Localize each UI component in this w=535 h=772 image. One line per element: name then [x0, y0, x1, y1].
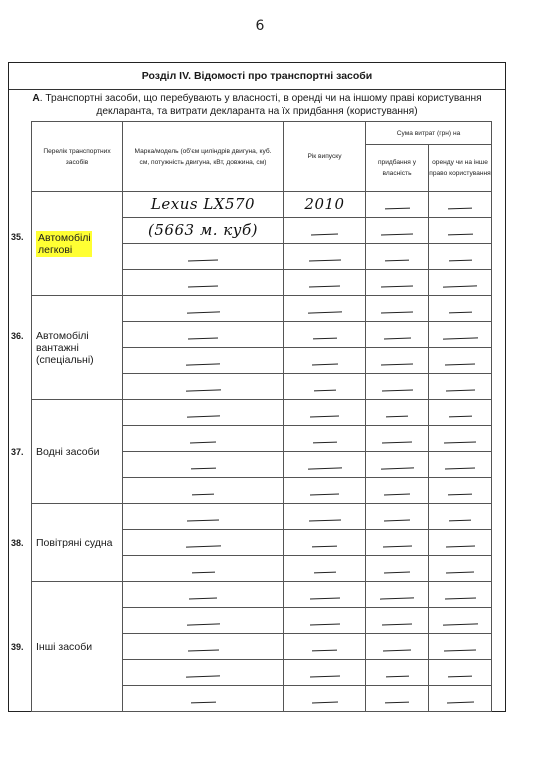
empty-dash	[186, 415, 219, 417]
empty-dash	[382, 441, 412, 443]
empty-dash	[381, 285, 413, 287]
category-label: Автомобілі вантажні (спеціальні)	[36, 330, 116, 366]
empty-dash	[443, 285, 477, 287]
empty-dash	[310, 415, 339, 417]
year-cell	[284, 218, 366, 244]
brand-cell	[123, 270, 284, 296]
empty-dash	[385, 259, 409, 261]
brand-cell	[123, 400, 284, 426]
brand-cell: Lexus LX570	[123, 192, 284, 218]
table-row: 38.Повітряні судна	[32, 504, 492, 530]
empty-dash	[188, 337, 218, 339]
empty-dash	[384, 571, 410, 573]
year-cell	[284, 504, 366, 530]
empty-dash	[446, 571, 474, 573]
empty-dash	[312, 649, 337, 651]
empty-dash	[448, 207, 472, 209]
header-purchase: придбання у власність	[366, 145, 429, 192]
empty-dash	[445, 389, 474, 391]
empty-dash	[189, 597, 217, 599]
rent-cell	[429, 270, 492, 296]
empty-dash	[308, 519, 340, 521]
header-list: Перелік транспортних засобів	[32, 122, 123, 192]
empty-dash	[186, 311, 219, 313]
header-year: Рік випуску	[284, 122, 366, 192]
brand-cell	[123, 296, 284, 322]
brand-cell	[123, 530, 284, 556]
table-row: 39.Інші засоби	[32, 582, 492, 608]
subsection-text: . Транспортні засоби, що перебувають у в…	[40, 93, 482, 117]
rent-cell	[429, 530, 492, 556]
year-cell	[284, 452, 366, 478]
brand-cell-value: Lexus LX570	[151, 195, 255, 213]
category-cell: 38.Повітряні судна	[32, 504, 123, 582]
empty-dash	[448, 259, 471, 261]
empty-dash	[186, 623, 219, 625]
purchase-cell	[366, 686, 429, 712]
empty-dash	[381, 233, 413, 235]
empty-dash	[185, 545, 220, 547]
empty-dash	[312, 441, 336, 443]
purchase-cell	[366, 348, 429, 374]
purchase-cell	[366, 660, 429, 686]
year-cell	[284, 374, 366, 400]
purchase-cell	[366, 270, 429, 296]
empty-dash	[384, 493, 410, 495]
category-cell: 36.Автомобілі вантажні (спеціальні)	[32, 296, 123, 400]
empty-dash	[380, 597, 414, 599]
year-cell-value: 2010	[304, 195, 344, 213]
purchase-cell	[366, 400, 429, 426]
category-number: 36.	[11, 330, 24, 342]
empty-dash	[380, 467, 413, 469]
purchase-cell	[366, 634, 429, 660]
purchase-cell	[366, 582, 429, 608]
brand-cell	[123, 582, 284, 608]
rent-cell	[429, 322, 492, 348]
empty-dash	[383, 337, 410, 339]
empty-dash	[188, 259, 218, 261]
category-number: 39.	[11, 641, 24, 653]
brand-cell	[123, 452, 284, 478]
year-cell	[284, 478, 366, 504]
rent-cell	[429, 556, 492, 582]
rent-cell	[429, 608, 492, 634]
empty-dash	[444, 649, 476, 651]
empty-dash	[444, 441, 476, 443]
category-label: Водні засоби	[36, 446, 116, 458]
empty-dash	[449, 519, 471, 521]
year-cell	[284, 530, 366, 556]
brand-cell	[123, 686, 284, 712]
empty-dash	[442, 337, 477, 339]
purchase-cell	[366, 452, 429, 478]
category-cell: 39.Інші засоби	[32, 582, 123, 712]
rent-cell	[429, 504, 492, 530]
empty-dash	[312, 337, 336, 339]
category-cell: 37.Водні засоби	[32, 400, 123, 504]
empty-dash	[309, 675, 339, 677]
rent-cell	[429, 634, 492, 660]
subsection-heading: А. Транспортні засоби, що перебувають у …	[19, 93, 495, 118]
empty-dash	[445, 363, 475, 365]
rent-cell	[429, 582, 492, 608]
empty-dash	[381, 363, 413, 365]
empty-dash	[187, 519, 219, 521]
year-cell	[284, 686, 366, 712]
empty-dash	[190, 467, 215, 469]
purchase-cell	[366, 530, 429, 556]
purchase-cell	[366, 556, 429, 582]
empty-dash	[186, 675, 220, 677]
empty-dash	[309, 597, 339, 599]
year-cell	[284, 296, 366, 322]
empty-dash	[307, 467, 341, 469]
empty-dash	[312, 545, 337, 547]
section-title: Розділ IV. Відомості про транспортні зас…	[9, 63, 505, 90]
rent-cell	[429, 296, 492, 322]
brand-cell	[123, 244, 284, 270]
category-number: 38.	[11, 537, 24, 549]
subsection-letter: А	[32, 93, 39, 104]
year-cell	[284, 582, 366, 608]
year-cell	[284, 634, 366, 660]
brand-cell	[123, 322, 284, 348]
brand-cell-value: (5663 м. куб)	[148, 221, 258, 239]
brand-cell	[123, 426, 284, 452]
empty-dash	[445, 467, 475, 469]
empty-dash	[444, 597, 475, 599]
empty-dash	[385, 701, 409, 703]
purchase-cell	[366, 426, 429, 452]
brand-cell	[123, 556, 284, 582]
empty-dash	[448, 311, 471, 313]
empty-dash	[307, 311, 341, 313]
empty-dash	[311, 701, 337, 703]
year-cell	[284, 270, 366, 296]
empty-dash	[382, 545, 411, 547]
empty-dash	[381, 389, 412, 391]
brand-cell	[123, 608, 284, 634]
empty-dash	[445, 545, 474, 547]
rent-cell	[429, 426, 492, 452]
empty-dash	[446, 701, 473, 703]
category-label: Інші засоби	[36, 641, 116, 653]
rent-cell	[429, 478, 492, 504]
header-rent: оренду чи на інше право користування	[429, 145, 492, 192]
empty-dash	[309, 623, 339, 625]
rent-cell	[429, 218, 492, 244]
empty-dash	[442, 623, 477, 625]
table-row: 37.Водні засоби	[32, 400, 492, 426]
empty-dash	[188, 285, 218, 287]
empty-dash	[186, 363, 220, 365]
rent-cell	[429, 660, 492, 686]
brand-cell	[123, 374, 284, 400]
header-brand: Марка/модель (об'єм циліндрів двигуна, к…	[123, 122, 284, 192]
empty-dash	[185, 389, 220, 391]
purchase-cell	[366, 322, 429, 348]
year-cell	[284, 348, 366, 374]
empty-dash	[192, 493, 214, 495]
brand-cell	[123, 634, 284, 660]
year-cell	[284, 244, 366, 270]
empty-dash	[311, 233, 338, 235]
purchase-cell	[366, 478, 429, 504]
brand-cell	[123, 504, 284, 530]
empty-dash	[381, 311, 413, 313]
empty-dash	[313, 389, 335, 391]
year-cell	[284, 426, 366, 452]
table-row: 35.Автомобілі легковіLexus LX5702010	[32, 192, 492, 218]
vehicles-table-body: 35.Автомобілі легковіLexus LX5702010(566…	[32, 192, 492, 712]
empty-dash	[384, 519, 410, 521]
year-cell	[284, 556, 366, 582]
vehicles-table: Перелік транспортних засобів Марка/модел…	[31, 121, 492, 712]
purchase-cell	[366, 608, 429, 634]
category-number: 37.	[11, 446, 24, 458]
rent-cell	[429, 452, 492, 478]
brand-cell: (5663 м. куб)	[123, 218, 284, 244]
empty-dash	[384, 207, 409, 209]
category-number: 35.	[11, 231, 24, 243]
section-frame: Розділ IV. Відомості про транспортні зас…	[8, 62, 506, 712]
empty-dash	[190, 441, 216, 443]
empty-dash	[382, 623, 412, 625]
purchase-cell	[366, 244, 429, 270]
brand-cell	[123, 478, 284, 504]
header-expenses: Сума витрат (грн) на	[366, 122, 492, 145]
rent-cell	[429, 374, 492, 400]
empty-dash	[191, 571, 214, 573]
rent-cell	[429, 400, 492, 426]
purchase-cell	[366, 504, 429, 530]
category-cell: 35.Автомобілі легкові	[32, 192, 123, 296]
year-cell: 2010	[284, 192, 366, 218]
empty-dash	[190, 701, 215, 703]
empty-dash	[447, 233, 472, 235]
empty-dash	[448, 493, 472, 495]
empty-dash	[310, 493, 339, 495]
empty-dash	[309, 285, 340, 287]
rent-cell	[429, 686, 492, 712]
purchase-cell	[366, 374, 429, 400]
page-number: 6	[0, 18, 520, 34]
empty-dash	[311, 363, 337, 365]
empty-dash	[448, 675, 472, 677]
year-cell	[284, 322, 366, 348]
empty-dash	[187, 649, 218, 651]
purchase-cell	[366, 218, 429, 244]
rent-cell	[429, 244, 492, 270]
empty-dash	[385, 675, 408, 677]
category-label: Повітряні судна	[36, 537, 116, 549]
empty-dash	[386, 415, 408, 417]
empty-dash	[383, 649, 411, 651]
brand-cell	[123, 660, 284, 686]
category-label: Автомобілі легкові	[36, 231, 92, 257]
year-cell	[284, 608, 366, 634]
year-cell	[284, 400, 366, 426]
empty-dash	[308, 259, 340, 261]
empty-dash	[313, 571, 335, 573]
rent-cell	[429, 192, 492, 218]
year-cell	[284, 660, 366, 686]
empty-dash	[448, 415, 471, 417]
table-row: 36.Автомобілі вантажні (спеціальні)	[32, 296, 492, 322]
rent-cell	[429, 348, 492, 374]
purchase-cell	[366, 296, 429, 322]
brand-cell	[123, 348, 284, 374]
purchase-cell	[366, 192, 429, 218]
